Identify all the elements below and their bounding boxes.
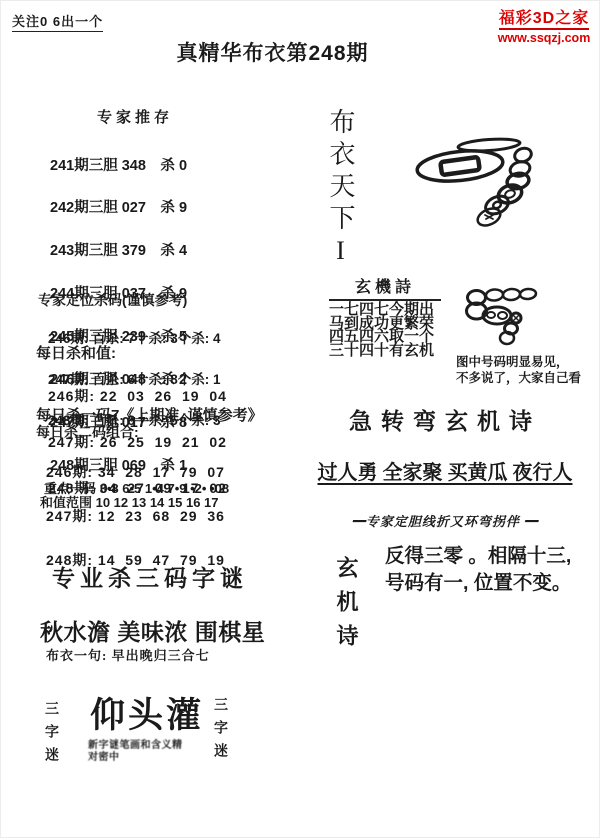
top-note: 关注0 6出一个 <box>12 11 103 32</box>
expert-divider-line: ━专家定胆线折又环弯拐伴 ━ <box>310 511 580 530</box>
two-code-row: 247期: 12 23 68 29 36 <box>46 509 225 524</box>
riddle-note-line: 对密中 <box>88 752 183 764</box>
mystery-poem-lines: 反得三零 。相隔十三, 号码有一, 位置不变。 <box>385 543 571 597</box>
xuanji-poem-block: 玄機詩 一七四七今期出 马到成功更繁荣 四五四六取一个 三十四十有玄机 <box>329 274 441 358</box>
riddle-note: 新字谜笔画和含义精 对密中 <box>88 740 183 764</box>
buyi-tianxia-vertical-title: 布衣天下I <box>322 108 359 271</box>
site-logo-name: 福彩3D之家 <box>499 5 589 30</box>
mystery-poem-vertical-title: 玄机诗 <box>331 556 362 658</box>
sharp-turn-poem-title: 急转弯玄机诗 <box>310 403 580 436</box>
expert-recommend-header: 专家推存 <box>97 106 173 127</box>
xuanji-poem-lines: 一七四七今期出 马到成功更繁荣 四五四六取一个 三十四十有玄机 <box>329 304 441 358</box>
mystery-poem-line: 号码有一, 位置不变。 <box>385 570 571 597</box>
sharp-turn-riddle: 过人勇 全家聚 买黄瓜 夜行人 <box>300 456 590 485</box>
buyi-sentence: 布衣一句: 早出晚归三合七 <box>46 645 210 664</box>
number-figure-sketch <box>460 285 545 349</box>
xuanji-poem-header: 玄機詩 <box>329 274 441 301</box>
three-char-riddle-label-left: 三字迷 <box>42 701 62 770</box>
recommend-row: 242期三胆 027 杀 9 <box>50 201 187 215</box>
sum-kill-row: 246期: 22 03 26 19 04 <box>48 389 227 404</box>
recommend-row: 241期三胆 348 杀 0 <box>50 159 187 173</box>
three-code-riddle: 秋水澹 美味浓 围棋星 <box>40 614 265 647</box>
coin-chain-sketch <box>410 133 545 235</box>
big-riddle-text: 仰头灌 <box>90 688 204 738</box>
kill-three-code-title: 专业杀三码字谜 <box>52 560 248 593</box>
three-char-riddle-label-right: 三字迷 <box>211 697 231 766</box>
riddle-note-line: 新字谜笔画和含义精 <box>88 740 183 752</box>
recommend-row: 243期三胆 379 杀 4 <box>50 244 187 258</box>
mystery-poem-line: 反得三零 。相隔十三, <box>385 543 571 570</box>
sketch-caption-line: 图中号码明显易见， <box>456 354 581 370</box>
sum-range-line: 和值范围 10 12 13 14 15 16 17 <box>40 492 219 511</box>
sketch-caption-line: 不多说了，大家自己看 <box>456 370 581 386</box>
sketch-caption: 图中号码明显易见， 不多说了，大家自己看 <box>456 354 581 386</box>
xuanji-poem-line: 三十四十有玄机 <box>329 345 441 359</box>
lottery-chart-page: 关注0 6出一个 福彩3D之家 www.ssqzj.com 真精华布衣第248期… <box>0 0 600 838</box>
page-title: 真精华布衣第248期 <box>0 37 545 67</box>
